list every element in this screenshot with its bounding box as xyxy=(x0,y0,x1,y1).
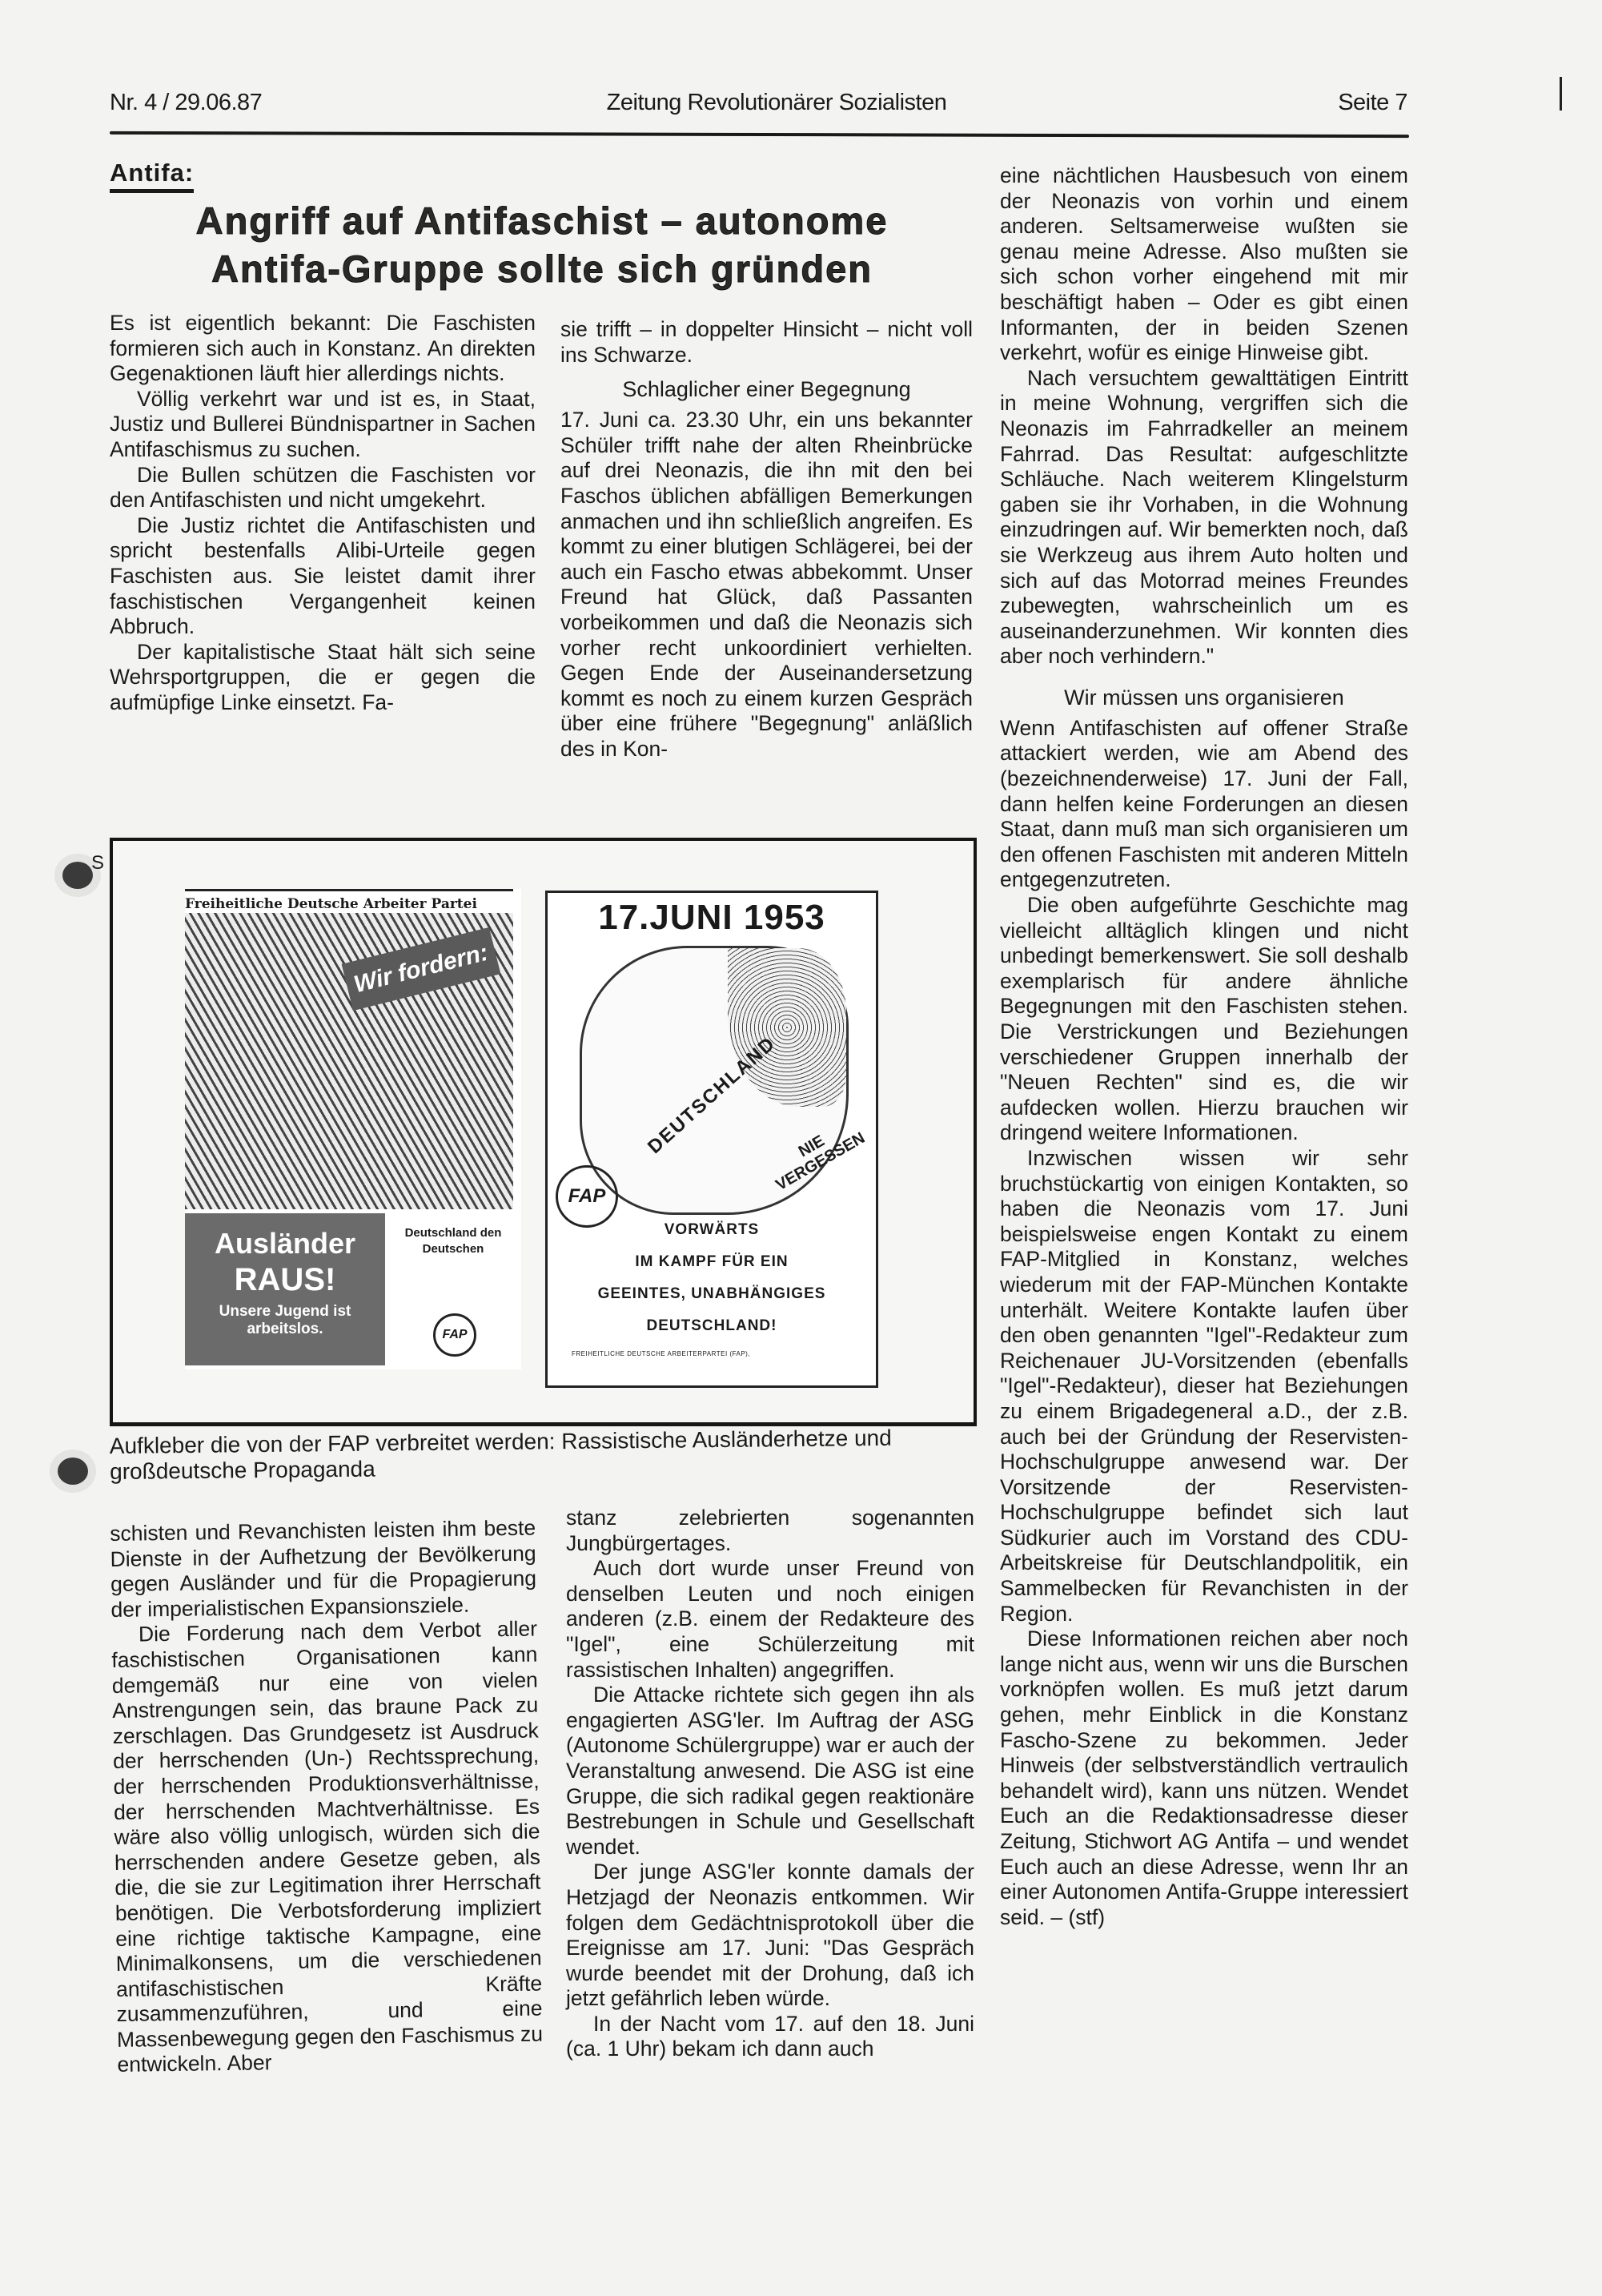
column-right: eine nächtlichen Hausbesuch von einem de… xyxy=(1000,163,1408,1930)
poster-slogan-box: Ausländer RAUS! Unsere Jugend ist arbeit… xyxy=(185,1213,385,1365)
paragraph: Wenn Antifaschisten auf offener Straße a… xyxy=(1000,716,1408,893)
headline-line-2: Antifa-Gruppe sollte sich gründen xyxy=(110,245,974,293)
paragraph: stanz zelebrierten sogenannten Jungbürge… xyxy=(566,1506,974,1556)
paragraph: Diese Informationen reichen aber noch la… xyxy=(1000,1627,1408,1930)
paragraph: Die Attacke richtete sich gegen ihn als … xyxy=(566,1683,974,1860)
paragraph: Nach versuchtem gewalttätigen Eintritt i… xyxy=(1000,366,1408,669)
paragraph: Es ist eigentlich bekannt: Die Faschiste… xyxy=(110,311,536,387)
column-bottom-left: schisten und Revanchisten leisten ihm be… xyxy=(110,1516,544,2078)
poster-slogan-line-2: RAUS! xyxy=(185,1261,385,1298)
poster-fine-print: FREIHEITLICHE DEUTSCHE ARBEITERPARTEI (F… xyxy=(572,1349,852,1359)
paragraph: 17. Juni ca. 23.30 Uhr, ein uns bekannte… xyxy=(560,408,973,762)
headline-line-1: Angriff auf Antifaschist – autonome xyxy=(110,197,974,245)
paragraph: Der kapitalistische Staat hält sich sein… xyxy=(110,640,536,716)
poster-slogan-3: GEEINTES, UNABHÄNGIGES xyxy=(548,1281,876,1307)
subheading: Wir müssen uns organisieren xyxy=(1000,684,1408,711)
article-headline: Angriff auf Antifaschist – autonome Anti… xyxy=(110,197,974,293)
poster-side-text: Deutschland den Deutschen xyxy=(393,1225,513,1257)
punch-hole-icon xyxy=(62,862,93,889)
paragraph: Auch dort wurde unser Freund von denselb… xyxy=(566,1556,974,1683)
poster-slogan-4: DEUTSCHLAND! xyxy=(548,1313,876,1339)
paragraph: Die oben aufgeführte Geschichte mag viel… xyxy=(1000,893,1408,1146)
poster-fap-auslaender: Freiheitliche Deutsche Arbeiter Partei W… xyxy=(185,889,521,1369)
map-label: DEUTSCHLAND xyxy=(644,1032,781,1159)
header-rule xyxy=(110,131,1409,138)
subheading: Schlaglicher einer Begegnung xyxy=(560,376,973,403)
column-top-middle: sie trifft – in doppelter Hinsicht – nic… xyxy=(560,317,973,762)
poster-slogan-line-3: Unsere Jugend ist arbeitslos. xyxy=(185,1303,385,1338)
punch-hole-icon xyxy=(58,1458,88,1485)
column-bottom-middle: stanz zelebrierten sogenannten Jungbürge… xyxy=(566,1506,974,2062)
poster-slogan-1: VORWÄRTS xyxy=(548,1217,876,1243)
paragraph: In der Nacht vom 17. auf den 18. Juni (c… xyxy=(566,2012,974,2062)
map-east-region xyxy=(728,948,847,1107)
column-top-left: Es ist eigentlich bekannt: Die Faschiste… xyxy=(110,311,536,716)
figure-frame: Freiheitliche Deutsche Arbeiter Partei W… xyxy=(110,838,977,1426)
margin-mark xyxy=(1560,77,1562,111)
paragraph: Völlig verkehrt war und ist es, in Staat… xyxy=(110,387,536,463)
paragraph: Der junge ASG'ler konnte damals der Hetz… xyxy=(566,1860,974,2012)
paragraph: Inzwischen wissen wir sehr bruchstückart… xyxy=(1000,1146,1408,1627)
germany-map-icon: DEUTSCHLAND NIE VERGESSEN xyxy=(580,946,849,1215)
section-kicker: Antifa: xyxy=(110,159,194,193)
paragraph: Die Forderung nach dem Verbot aller fasc… xyxy=(111,1617,544,2078)
issue-number: Nr. 4 / 29.06.87 xyxy=(110,90,262,116)
paragraph: Die Justiz richtet die Antifaschisten un… xyxy=(110,513,536,640)
publication-title: Zeitung Revolutionärer Sozialisten xyxy=(552,90,1001,116)
paragraph: eine nächtlichen Hausbesuch von einem de… xyxy=(1000,163,1408,366)
poster-slogan-2: IM KAMPF FÜR EIN xyxy=(548,1249,876,1275)
fap-logo-icon: FAP xyxy=(433,1313,476,1357)
poster-party-line: Freiheitliche Deutsche Arbeiter Partei xyxy=(185,889,513,912)
paragraph: schisten und Revanchisten leisten ihm be… xyxy=(110,1516,537,1623)
figure-caption: Aufkleber die von der FAP verbreitet wer… xyxy=(110,1425,975,1485)
paragraph: sie trifft – in doppelter Hinsicht – nic… xyxy=(560,317,973,368)
hole-label: S xyxy=(91,852,104,875)
map-label-2: NIE VERGESSEN xyxy=(764,1114,868,1194)
page-number: Seite 7 xyxy=(1281,90,1407,116)
paragraph: Die Bullen schützen die Faschisten vor d… xyxy=(110,463,536,513)
poster-slogan-line-1: Ausländer xyxy=(185,1226,385,1261)
poster-date: 17.JUNI 1953 xyxy=(548,898,876,938)
poster-17-juni: 17.JUNI 1953 DEUTSCHLAND NIE VERGESSEN F… xyxy=(545,891,878,1388)
